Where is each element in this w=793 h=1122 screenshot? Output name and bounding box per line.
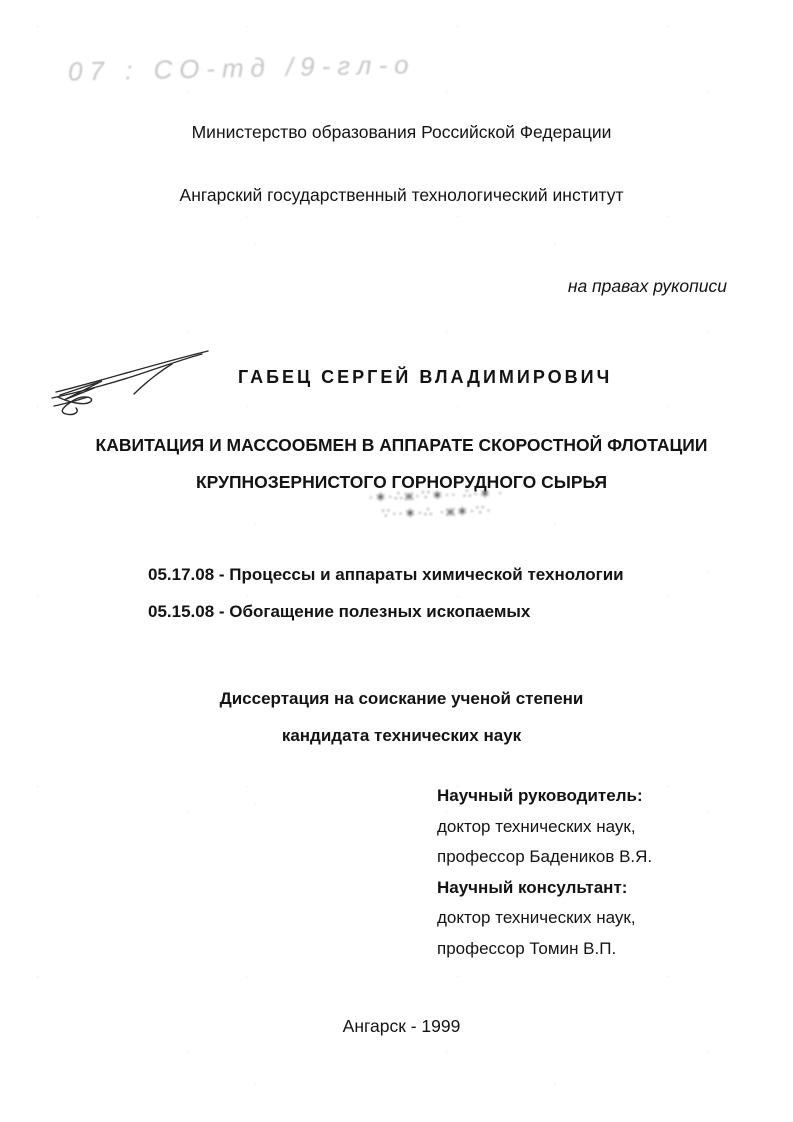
signature-strokes xyxy=(50,348,225,418)
scanned-title-page: 07 : СО-тд /9-гл-о Министерство образова… xyxy=(0,0,793,1122)
degree-line-2: кандидата технических наук xyxy=(40,717,763,754)
ministry-line: Министерство образования Российской Феде… xyxy=(40,122,763,143)
city-year-line: Ангарск - 1999 xyxy=(40,1016,763,1037)
manuscript-rights-note: на правах рукописи xyxy=(568,276,727,297)
institute-line: Ангарский государственный технологически… xyxy=(40,185,763,206)
handwritten-signature xyxy=(50,348,225,418)
faint-pencil-inscription: 07 : СО-тд /9-гл-о xyxy=(68,48,499,88)
degree-statement: Диссертация на соискание ученой степени … xyxy=(40,680,763,754)
consultant-degree: доктор технических наук, xyxy=(437,903,652,934)
consultant-heading: Научный консультант: xyxy=(437,873,652,904)
author-name: ГАБЕЦ СЕРГЕЙ ВЛАДИМИРОВИЧ xyxy=(238,367,612,388)
specialty-code-1: 05.17.08 - Процессы и аппараты химическо… xyxy=(148,556,624,593)
specialty-code-2: 05.15.08 - Обогащение полезных ископаемы… xyxy=(148,593,624,630)
illegible-stamp-smudge: ·∗·∴ж·∵∗·· ∴·∗ · ∵··∗·∴ ·ж∗·∵· xyxy=(351,483,522,531)
supervisor-name: профессор Бадеников В.Я. xyxy=(437,842,652,873)
supervisor-degree: доктор технических наук, xyxy=(437,812,652,843)
title-line-1: КАВИТАЦИЯ И МАССООБМЕН В АППАРАТЕ СКОРОС… xyxy=(40,427,763,464)
consultant-name: профессор Томин В.П. xyxy=(437,934,652,965)
specialty-codes: 05.17.08 - Процессы и аппараты химическо… xyxy=(148,556,624,630)
advisors-block: Научный руководитель: доктор технических… xyxy=(437,781,652,964)
supervisor-heading: Научный руководитель: xyxy=(437,781,652,812)
degree-line-1: Диссертация на соискание ученой степени xyxy=(40,680,763,717)
